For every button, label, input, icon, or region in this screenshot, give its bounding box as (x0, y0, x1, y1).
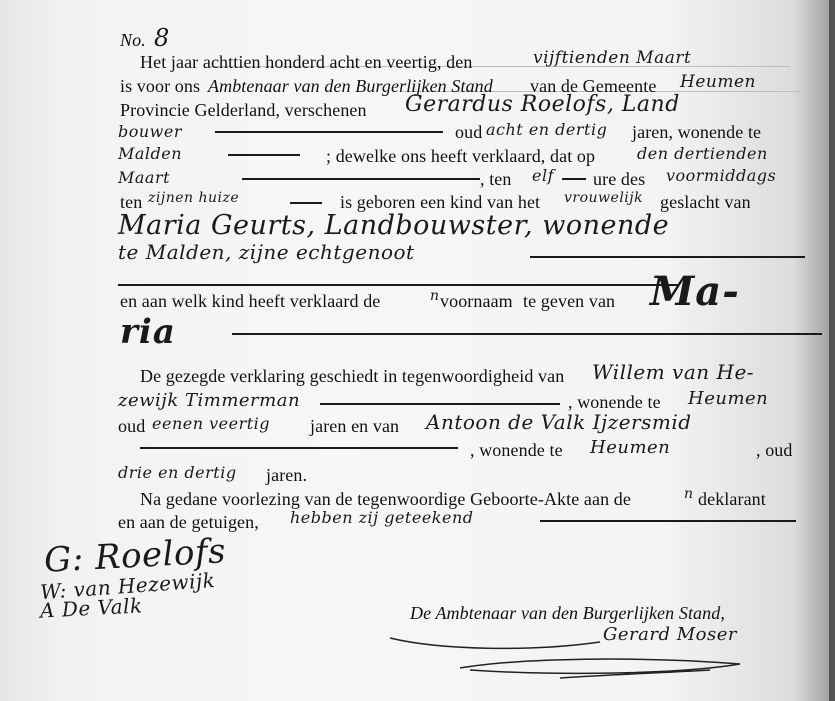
text-line-14a: oud (118, 416, 145, 437)
text-line-18: en aan de getuigen, (118, 512, 259, 533)
text-line-10a: en aan welk kind heeft verklaard de (120, 291, 380, 312)
handwritten-birth-day: den dertienden (637, 144, 768, 163)
text-line-12: De gezegde verklaring geschiedt in tegen… (140, 366, 564, 387)
signature-witness2: A De Valk (39, 593, 143, 622)
record-number: 8 (154, 24, 170, 52)
fill-line (242, 178, 480, 180)
handwritten-declarant-name: Gerardus Roelofs, Land (405, 92, 680, 117)
text-line-16: jaren. (266, 465, 307, 486)
handwritten-time-of-day: voormiddags (666, 166, 776, 185)
handwritten-witness2-residence: Heumen (590, 437, 670, 458)
text-line-4b: jaren, wonende te (632, 122, 761, 143)
text-line-14b: jaren en van (310, 416, 399, 437)
handwritten-mother-residence: te Malden, zijne echtgenoot (118, 240, 415, 264)
page-edge (829, 0, 835, 701)
handwritten-witness1-occupation: zewijk Timmerman (118, 390, 300, 411)
fill-line (320, 403, 560, 405)
fill-line (530, 256, 805, 258)
fill-line (228, 154, 300, 156)
fill-line (118, 284, 678, 286)
text-line-17a: Na gedane voorlezing van de tegenwoordig… (140, 489, 631, 510)
text-line-15a: , wonende te (470, 440, 563, 461)
fill-line (540, 520, 796, 522)
handwritten-date: vijftienden Maart (533, 48, 691, 68)
text-line-4a: oud (455, 122, 482, 143)
handwritten-sex: vrouwelijk (564, 190, 643, 206)
handwritten-child-name-part1: Ma- (650, 268, 740, 315)
handwritten-witness2-age: drie en dertig (118, 463, 237, 482)
text-line-7c: geslacht van (660, 192, 751, 213)
handwritten-witness1-age: eenen veertig (152, 414, 270, 433)
official-caption: De Ambtenaar van den Burgerlijken Stand, (410, 603, 725, 624)
handwritten-witness2-name: Antoon de Valk Ijzersmid (426, 410, 692, 434)
text-line-6a: , ten (480, 169, 512, 190)
text-line-6b: ure des (593, 169, 645, 190)
handwritten-occupation: bouwer (118, 122, 182, 141)
handwritten-residence: Malden (118, 144, 182, 163)
signature-flourish (380, 630, 760, 680)
text-line-5: ; dewelke ons heeft verklaard, dat op (326, 146, 595, 167)
handwritten-birth-month: Maart (118, 168, 170, 187)
handwritten-witness1-name: Willem van He- (592, 360, 754, 384)
handwritten-signed-statement: hebben zij geteekend (290, 508, 474, 527)
fill-line (140, 447, 458, 449)
text-line-1: Het jaar achttien honderd acht en veerti… (140, 52, 472, 73)
fill-line (215, 131, 443, 133)
fill-line (562, 178, 586, 180)
fill-line (232, 333, 822, 335)
text-line-15b: , oud (756, 440, 793, 461)
handwritten-child-name-part2: ria (120, 312, 176, 352)
handwritten-hour: elf (532, 166, 554, 185)
text-line-17b: deklarant (698, 489, 766, 510)
text-line-10c: te geven van (523, 291, 615, 312)
handwritten-municipality: Heumen (680, 72, 756, 92)
text-line-10b: voornaam (440, 291, 513, 312)
handwritten-witness1-residence: Heumen (688, 388, 768, 409)
record-number-label: No. (120, 30, 146, 51)
handwritten-age: acht en dertig (486, 120, 607, 139)
handwritten-mother: Maria Geurts, Landbouwster, wonende (118, 210, 669, 241)
handwritten-birth-place: zijnen huize (148, 190, 239, 206)
handwritten-suffix: n (430, 288, 440, 304)
fill-line (290, 202, 322, 204)
handwritten-suffix-2: n (684, 486, 694, 502)
text-line-3: Provincie Gelderland, verschenen (120, 100, 367, 121)
text-line-2a: is voor ons (120, 76, 200, 97)
